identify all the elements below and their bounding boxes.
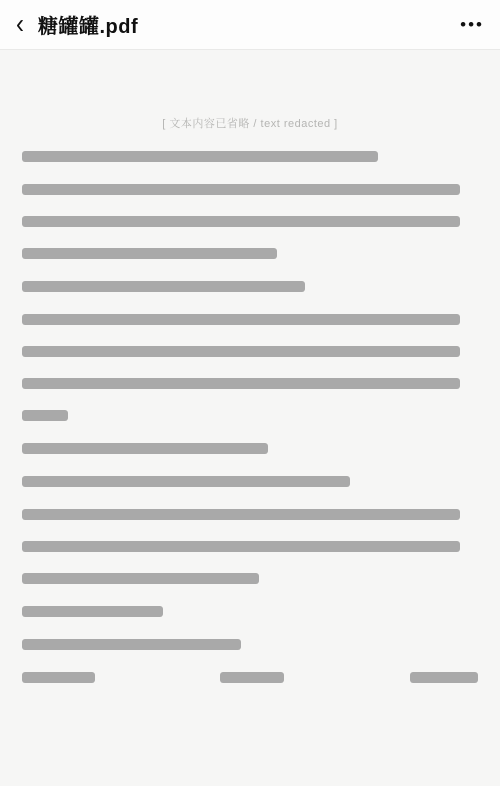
file-title: 糖罐罐.pdf: [38, 10, 448, 39]
redacted-paragraph: [22, 639, 478, 650]
redacted-text-line: [22, 639, 241, 650]
redacted-text-line: [22, 151, 378, 162]
redacted-text-line: [22, 509, 460, 520]
redacted-text-line: [22, 184, 460, 195]
redacted-text-line: [22, 573, 259, 584]
redacted-text-line: [22, 281, 305, 292]
redacted-text-line: [22, 346, 460, 357]
redacted-paragraph: [22, 281, 478, 292]
redacted-paragraph: [22, 509, 478, 584]
redacted-text-segment: [220, 672, 284, 683]
redacted-text-line: [22, 410, 68, 421]
redacted-paragraph: [22, 314, 478, 421]
redacted-paragraph: [22, 476, 478, 487]
redacted-paragraph: [22, 151, 478, 162]
redacted-text-segment: [22, 672, 95, 683]
redacted-paragraph: [22, 606, 478, 617]
redacted-paragraph: [22, 443, 478, 454]
back-icon[interactable]: ‹: [16, 11, 24, 39]
more-menu-icon[interactable]: •••: [448, 10, 484, 39]
redacted-text-line: [22, 378, 460, 389]
redacted-text-line: [22, 443, 268, 454]
redacted-footer-row: [22, 672, 478, 683]
redacted-text-line: [22, 606, 163, 617]
pdf-page: [0, 51, 500, 683]
navbar: ‹ 糖罐罐.pdf •••: [0, 0, 500, 50]
redacted-text-line: [22, 476, 350, 487]
redacted-text-line: [22, 541, 460, 552]
pdf-viewer-area[interactable]: [ 文本内容已省略 / text redacted ]: [0, 51, 500, 786]
redacted-text-line: [22, 216, 460, 227]
redacted-text-line: [22, 248, 277, 259]
redacted-text-line: [22, 314, 460, 325]
redaction-note: [ 文本内容已省略 / text redacted ]: [0, 115, 500, 131]
redacted-paragraph: [22, 184, 478, 259]
redacted-text-segment: [410, 672, 478, 683]
